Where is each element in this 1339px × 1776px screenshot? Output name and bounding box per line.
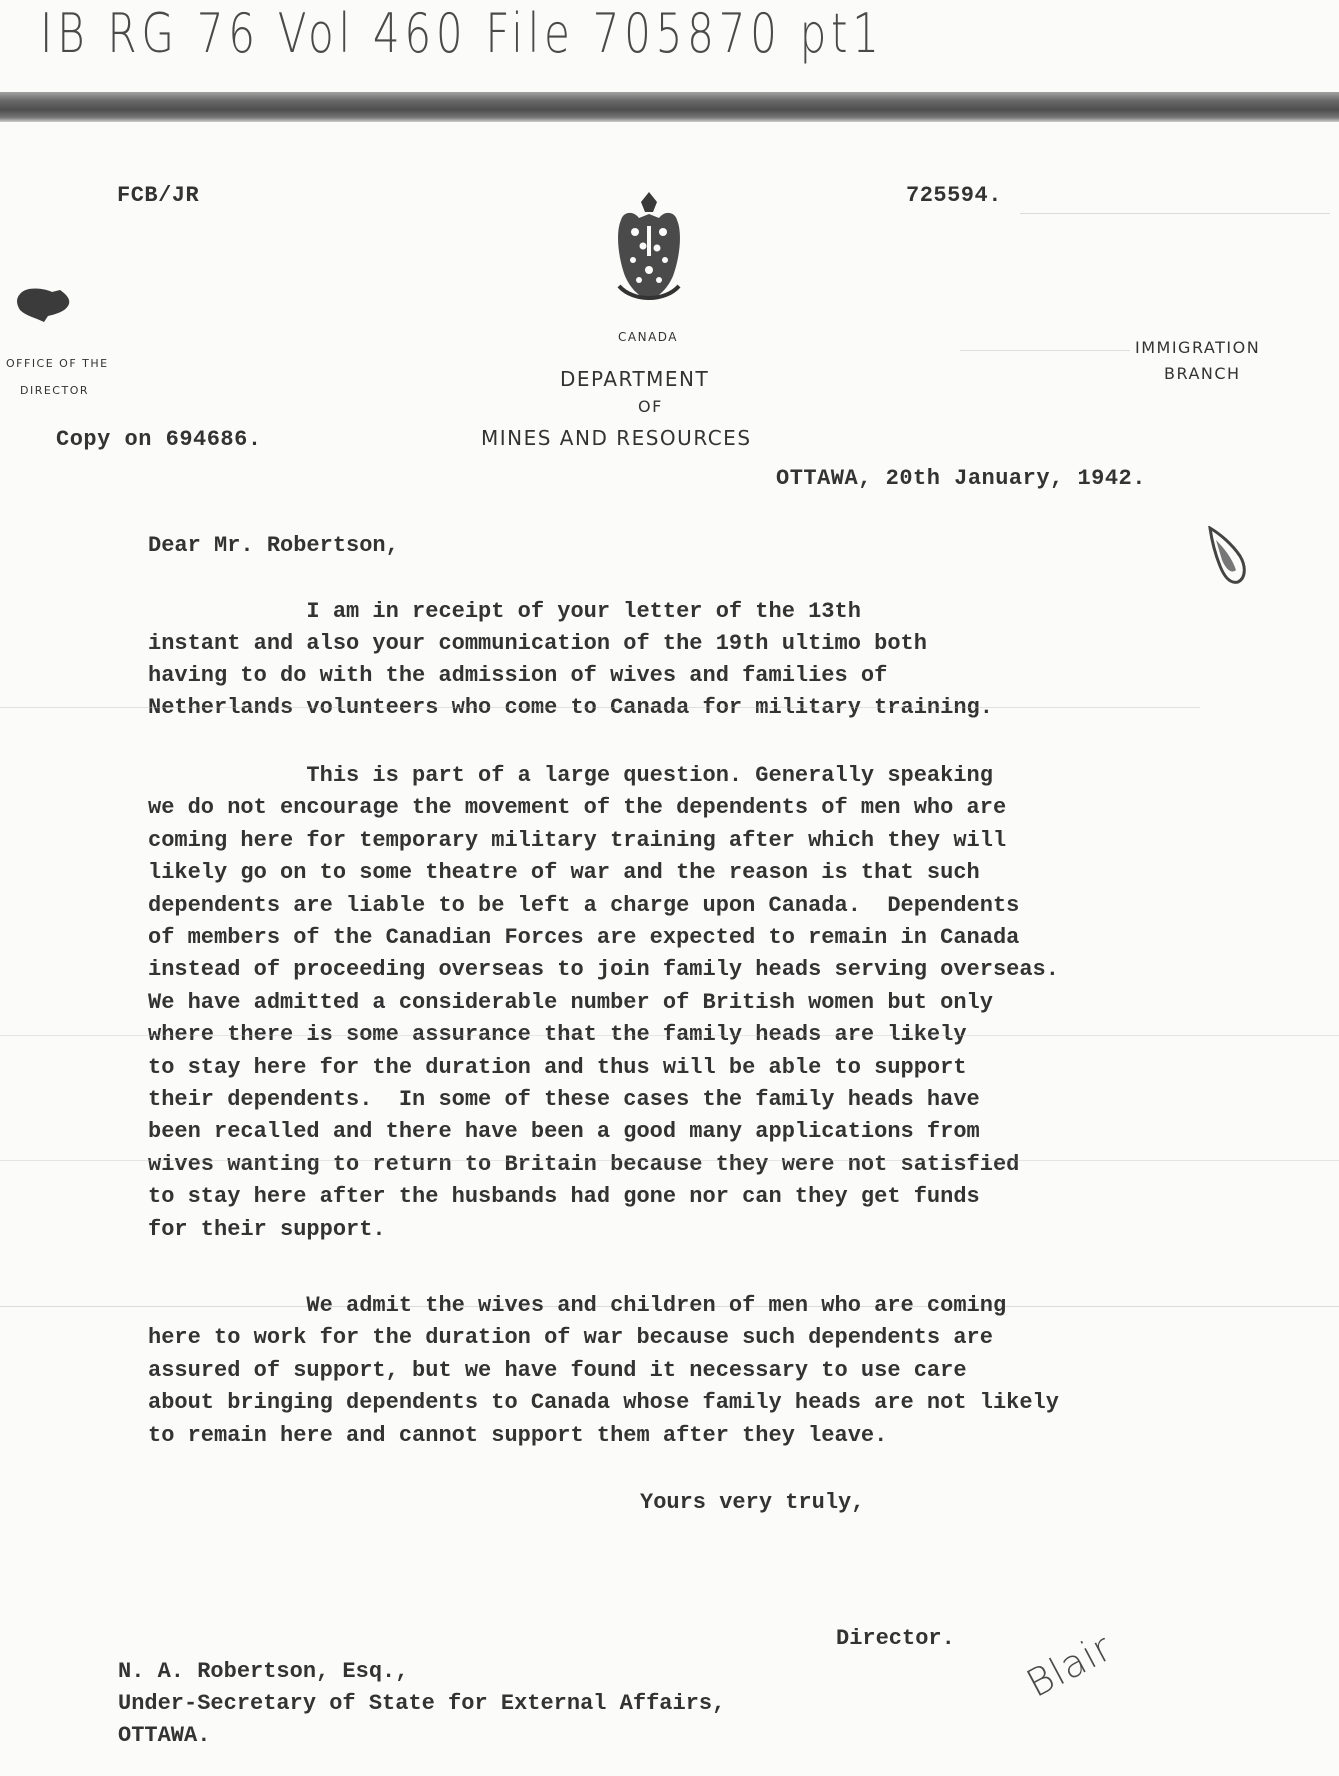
paragraph-line: dependents are liable to be left a charg… <box>148 890 1019 922</box>
ink-blot <box>1206 526 1256 586</box>
department-line-2: OF <box>638 397 663 416</box>
paragraph-line: We admit the wives and children of men w… <box>148 1290 1006 1322</box>
paragraph-line: wives wanting to return to Britain becau… <box>148 1149 1019 1181</box>
paragraph-line: I am in receipt of your letter of the 13… <box>148 596 861 628</box>
salutation: Dear Mr. Robertson, <box>148 530 399 562</box>
office-line-2: DIRECTOR <box>20 384 89 397</box>
faint-rule <box>0 707 1200 708</box>
department-line-1: DEPARTMENT <box>560 367 709 391</box>
paragraph-line: to stay here for the duration and thus w… <box>148 1052 967 1084</box>
paragraph-line: about bringing dependents to Canada whos… <box>148 1387 1059 1419</box>
paragraph-line: Netherlands volunteers who come to Canad… <box>148 692 993 724</box>
recipient-name: N. A. Robertson, Esq., <box>118 1656 408 1688</box>
paragraph-line: we do not encourage the movement of the … <box>148 792 1006 824</box>
paragraph-line: This is part of a large question. Genera… <box>148 760 993 792</box>
faint-rule <box>0 1035 1339 1036</box>
paragraph-line: coming here for temporary military train… <box>148 825 1006 857</box>
scan-edge-band <box>0 92 1339 122</box>
canada-crest-icon <box>613 190 685 310</box>
recipient-title: Under-Secretary of State for External Af… <box>118 1688 725 1720</box>
department-line-3: MINES AND RESOURCES <box>481 426 752 450</box>
faint-rule <box>0 1160 1339 1161</box>
paragraph-line: their dependents. In some of these cases… <box>148 1084 980 1116</box>
paragraph-line: likely go on to some theatre of war and … <box>148 857 980 889</box>
paragraph-line: instead of proceeding overseas to join f… <box>148 954 1059 986</box>
branch-line-2: BRANCH <box>1164 364 1241 383</box>
paragraph-line: here to work for the duration of war bec… <box>148 1322 993 1354</box>
copy-note: Copy on 694686. <box>56 427 262 452</box>
paragraph-line: for their support. <box>148 1214 386 1246</box>
letterhead-country: CANADA <box>618 330 678 344</box>
branch-line-1: IMMIGRATION <box>1135 338 1260 357</box>
archive-reference: IB RG 76 Vol 460 File 705870 pt1 <box>40 2 884 65</box>
paragraph-line: to stay here after the husbands had gone… <box>148 1181 980 1213</box>
recipient-city: OTTAWA. <box>118 1720 210 1752</box>
faint-rule <box>1020 213 1330 214</box>
place-date: OTTAWA, 20th January, 1942. <box>776 466 1146 491</box>
file-number: 725594. <box>906 183 1002 208</box>
paragraph-line: of members of the Canadian Forces are ex… <box>148 922 1019 954</box>
reference-initials: FCB/JR <box>117 183 199 208</box>
office-line-1: OFFICE OF THE <box>6 357 109 370</box>
paragraph-line: assured of support, but we have found it… <box>148 1355 967 1387</box>
paragraph-line: to remain here and cannot support them a… <box>148 1420 887 1452</box>
faint-rule <box>960 350 1130 351</box>
paragraph-line: having to do with the admission of wives… <box>148 660 887 692</box>
signatory-title: Director. <box>836 1623 955 1655</box>
handwritten-annotation: Blair <box>1019 1625 1119 1706</box>
paragraph-line: instant and also your communication of t… <box>148 628 927 660</box>
paragraph-line: been recalled and there have been a good… <box>148 1116 980 1148</box>
paragraph-line: We have admitted a considerable number o… <box>148 987 993 1019</box>
closing: Yours very truly, <box>640 1487 864 1519</box>
ink-blot <box>16 286 72 322</box>
